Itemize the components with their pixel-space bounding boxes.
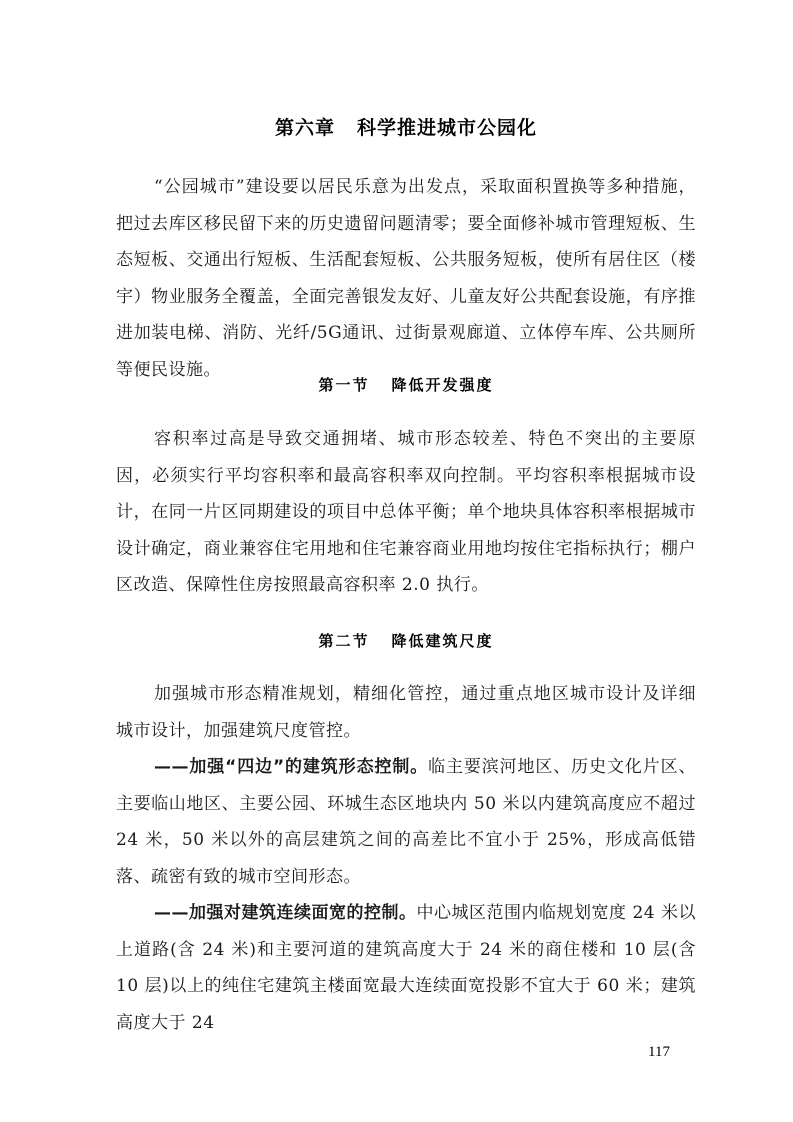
section-name: 降低开发强度 bbox=[392, 376, 494, 394]
paragraph-lead: ——加强对建筑连续面宽的控制。 bbox=[154, 903, 417, 923]
section-2-paragraph-3: ——加强对建筑连续面宽的控制。中心城区范围内临规划宽度 24 米以上道路(含 2… bbox=[116, 895, 696, 1041]
chapter-name: 科学推进城市公园化 bbox=[357, 117, 537, 139]
section-number: 第一节 bbox=[318, 376, 369, 394]
section-title-1: 第一节降低开发强度 bbox=[116, 374, 696, 395]
section-1-paragraph-1: 容积率过高是导致交通拥堵、城市形态较差、特色不突出的主要原因，必须实行平均容积率… bbox=[116, 421, 696, 604]
paragraph-lead: ——加强“四边”的建筑形态控制。 bbox=[154, 757, 428, 777]
section-number: 第二节 bbox=[318, 632, 369, 650]
section-2-paragraph-2: ——加强“四边”的建筑形态控制。临主要滨河地区、历史文化片区、主要临山地区、主要… bbox=[116, 749, 696, 895]
chapter-number: 第六章 bbox=[275, 117, 335, 139]
section-2-paragraph-1: 加强城市形态精准规划，精细化管控，通过重点地区城市设计及详细城市设计，加强建筑尺… bbox=[116, 676, 696, 749]
intro-paragraph: “公园城市”建设要以居民乐意为出发点，采取面积置换等多种措施，把过去库区移民留下… bbox=[116, 169, 696, 388]
section-name: 降低建筑尺度 bbox=[392, 632, 494, 650]
page-number: 117 bbox=[648, 1044, 670, 1061]
chapter-title: 第六章科学推进城市公园化 bbox=[116, 113, 696, 140]
section-title-2: 第二节降低建筑尺度 bbox=[116, 630, 696, 651]
